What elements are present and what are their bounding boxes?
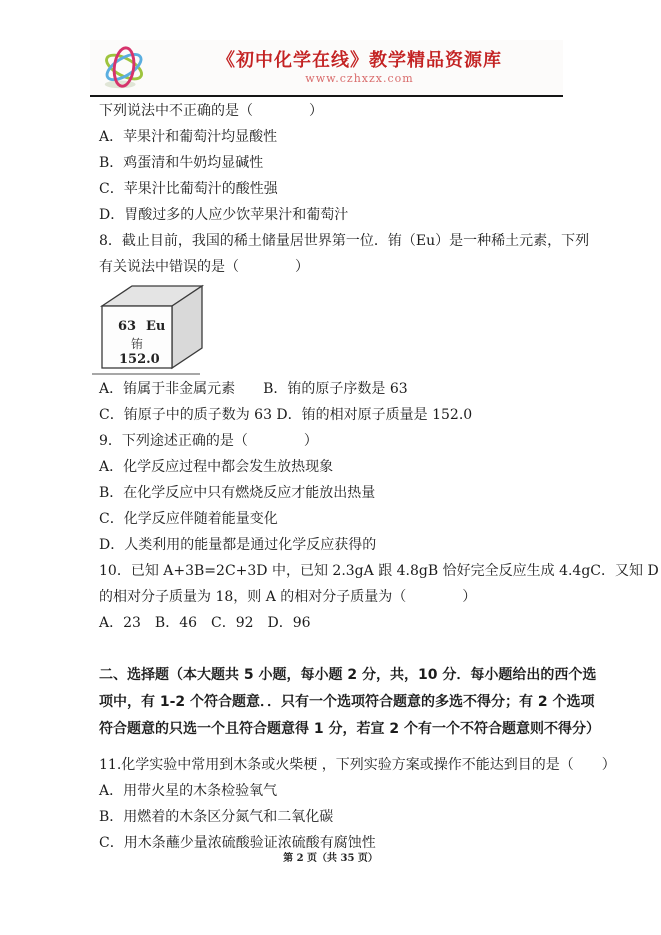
site-url: www.czhxzx.com [156,72,563,85]
q9-option-a: A．化学反应过程中都会发生放热现象 [99,454,567,480]
section2-header: 二、选择题（本大题共 5 小题，每小题 2 分，共，10 分．每小题给出的西个选… [99,662,567,743]
page-header: 《初中化学在线》教学精品资源库 www.czhxzx.com [90,40,563,97]
q7-stem: 下列说法中不正确的是（ ） [99,98,567,124]
page-number: 第 2 页（共 35 页） [283,853,378,864]
q10-stem-line1: 10．已知 A+3B=2C+3D 中，已知 2.3gA 跟 4.8gB 恰好完全… [99,558,567,584]
element-symbol: Eu [146,319,165,334]
header-text-block: 《初中化学在线》教学精品资源库 www.czhxzx.com [156,50,563,86]
q11-option-a: A．用带火星的木条检验氧气 [99,778,567,804]
q10-options-line: A．23 B．46 C．92 D．96 [99,610,567,636]
q8-options-line2: C．铕原子中的质子数为 63 D．铕的相对原子质量是 152.0 [99,402,567,428]
document-content: 下列说法中不正确的是（ ） A．苹果汁和葡萄汁均显酸性 B．鸡蛋清和牛奶均显碱性… [99,98,567,856]
q7-option-c: C．苹果汁比葡萄汁的酸性强 [99,176,567,202]
q11-stem: 11.化学实验中常用到木条或火柴梗 ，下列实验方案或操作不能达到目的是（ ） [99,752,567,778]
q9-option-d: D．人类利用的能量都是通过化学反应获得的 [99,532,567,558]
document-page: 《初中化学在线》教学精品资源库 www.czhxzx.com 下列说法中不正确的… [0,0,661,935]
element-cube-figure: 63 Eu 铕 152.0 [99,280,567,376]
q7-option-d: D．胃酸过多的人应少饮苹果汁和葡萄汁 [99,202,567,228]
q8-options-line1: A．铕属于非金属元素 B．铕的原子序数是 63 [99,376,567,402]
section2-line2: 项中，有 1-2 个符合题意．．只有一个选项符合题意的多选不得分；有 2 个选项 [99,689,567,716]
element-mass: 152.0 [119,352,160,367]
q9-option-b: B．在化学反应中只有燃烧反应才能放出热量 [99,480,567,506]
element-name: 铕 [131,336,143,351]
page-footer: 第 2 页（共 35 页） [0,849,661,864]
q10-stem-line2: 的相对分子质量为 18，则 A 的相对分子质量为（ ） [99,584,567,610]
q7-option-a: A．苹果汁和葡萄汁均显酸性 [99,124,567,150]
element-atomic-number: 63 [118,319,136,334]
q8-stem-line2: 有关说法中错误的是（ ） [99,254,567,280]
q9-option-c: C．化学反应伴随着能量变化 [99,506,567,532]
europium-element-cube: 63 Eu 铕 152.0 [90,282,210,376]
section2-line3: 符合题意的只选一个且符合题意得 1 分，若宣 2 个有一个不符合题意则不得分） [99,716,567,743]
question-11: 11.化学实验中常用到木条或火柴梗 ，下列实验方案或操作不能达到目的是（ ） A… [99,752,567,856]
site-title: 《初中化学在线》教学精品资源库 [156,50,563,72]
site-logo-icon [94,42,156,94]
q8-stem-line1: 8．截止目前，我国的稀土储量居世界第一位．铕（Eu）是一种稀土元素，下列 [99,228,567,254]
q11-option-b: B．用燃着的木条区分氮气和二氧化碳 [99,804,567,830]
section2-line1: 二、选择题（本大题共 5 小题，每小题 2 分，共，10 分．每小题给出的西个选 [99,662,567,689]
q7-option-b: B．鸡蛋清和牛奶均显碱性 [99,150,567,176]
q9-stem: 9．下列途述正确的是（ ） [99,428,567,454]
